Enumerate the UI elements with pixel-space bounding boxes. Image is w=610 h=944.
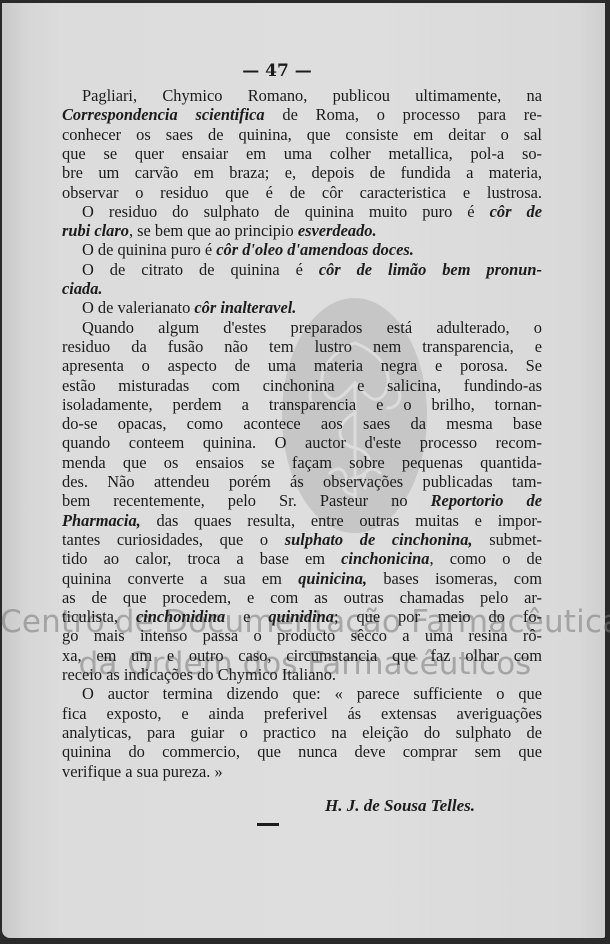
text-run: , se bem que ao principio bbox=[129, 221, 298, 240]
text-run: as de que procedem, e com as outras cham… bbox=[62, 588, 542, 607]
text-line: receio as indicações do Chymico Italiano… bbox=[62, 665, 542, 684]
text-run: quinina do commercio, que nunca deve com… bbox=[62, 742, 542, 761]
text-run: conhecer os saes de quinina, que consist… bbox=[62, 125, 542, 144]
text-line: go mais intenso passa o producto sêcco a… bbox=[62, 626, 542, 645]
italic-term: quinidina bbox=[268, 607, 334, 626]
text-run: que se quer ensaiar em uma colher metall… bbox=[62, 144, 542, 163]
text-run: residuo da fusão não tem lustro nem tran… bbox=[62, 337, 542, 356]
text-run: des. Não attendeu porém ás observações p… bbox=[62, 472, 542, 491]
text-run: verifique a sua pureza. » bbox=[62, 762, 223, 781]
italic-term: ciada. bbox=[62, 279, 103, 298]
text-line: menda que os ensaios se façam sobre pequ… bbox=[62, 453, 542, 472]
text-line: verifique a sua pureza. » bbox=[62, 762, 542, 781]
text-run: , como o de bbox=[429, 549, 542, 568]
text-line: O de citrato de quinina é côr de limão b… bbox=[62, 260, 542, 279]
text-run: analyticas, para guiar o practico na ele… bbox=[62, 723, 542, 742]
text-run: submet- bbox=[473, 530, 542, 549]
text-run: xa, em um e outro caso, circumstancia qu… bbox=[62, 646, 542, 665]
text-line: conhecer os saes de quinina, que consist… bbox=[62, 125, 542, 144]
end-rule bbox=[257, 823, 279, 826]
text-line: tantes curiosidades, que o sulphato de c… bbox=[62, 530, 542, 549]
text-run: Quando algum d'estes preparados está adu… bbox=[82, 318, 542, 337]
text-line: residuo da fusão não tem lustro nem tran… bbox=[62, 337, 542, 356]
text-line: que se quer ensaiar em uma colher metall… bbox=[62, 144, 542, 163]
text-line: Quando algum d'estes preparados está adu… bbox=[62, 318, 542, 337]
text-run: apresenta o aspecto de uma materia negra… bbox=[62, 356, 542, 375]
text-run: tantes curiosidades, que o bbox=[62, 530, 285, 549]
text-run: O de citrato de quinina é bbox=[82, 260, 319, 279]
text-run: e bbox=[225, 607, 268, 626]
text-line: bem recentemente, pelo Sr. Pasteur no Re… bbox=[62, 491, 542, 510]
text-run: bases isomeras, com bbox=[367, 569, 542, 588]
text-line: O residuo do sulphato de quinina muito p… bbox=[62, 202, 542, 221]
text-line: apresenta o aspecto de uma materia negra… bbox=[62, 356, 542, 375]
italic-term: Correspondencia scientifica bbox=[62, 105, 265, 124]
italic-term: rubi claro bbox=[62, 221, 129, 240]
text-run: menda que os ensaios se façam sobre pequ… bbox=[62, 453, 542, 472]
text-run: das quaes resulta, entre outras muitas e… bbox=[141, 511, 542, 530]
text-line: quinina do commercio, que nunca deve com… bbox=[62, 742, 542, 761]
text-run: bre um carvão em braza; e, depois de fun… bbox=[62, 163, 542, 182]
text-line: as de que procedem, e com as outras cham… bbox=[62, 588, 542, 607]
text-run: do-se opacas, como acontece aos saes da … bbox=[62, 414, 542, 433]
text-line: estão misturadas com cinchonina e salici… bbox=[62, 376, 542, 395]
text-line: Pagliari, Chymico Romano, publicou ultim… bbox=[62, 86, 542, 105]
text-line: O auctor termina dizendo que: « parece s… bbox=[62, 684, 542, 703]
text-run: O de valerianato bbox=[82, 298, 194, 317]
text-line: ticulista, cinchonidina e quinidina; que… bbox=[62, 607, 542, 626]
text-line: ciada. bbox=[62, 279, 542, 298]
text-run: quinina converte a sua em bbox=[62, 569, 298, 588]
text-run: estão misturadas com cinchonina e salici… bbox=[62, 376, 542, 395]
text-line: fica exposto, e ainda preferivel ás exte… bbox=[62, 704, 542, 723]
text-line: rubi claro, se bem que ao principio esve… bbox=[62, 221, 542, 240]
text-line: Pharmacia, das quaes resulta, entre outr… bbox=[62, 511, 542, 530]
text-run: go mais intenso passa o producto sêcco a… bbox=[62, 626, 542, 645]
text-run: observar o residuo que é de côr caracter… bbox=[62, 183, 542, 202]
text-run: tido ao calor, troca a base em bbox=[62, 549, 341, 568]
italic-term: sulphato de cinchonina, bbox=[285, 530, 473, 549]
author-signature: H. J. de Sousa Telles. bbox=[220, 796, 475, 816]
text-line: analyticas, para guiar o practico na ele… bbox=[62, 723, 542, 742]
italic-term: côr de limão bem pronun- bbox=[319, 260, 542, 279]
italic-term: cinchonicina bbox=[341, 549, 429, 568]
text-line: O de quinina puro é côr d'oleo d'amendoa… bbox=[62, 240, 542, 259]
text-run: receio as indicações do Chymico Italiano… bbox=[62, 665, 336, 684]
italic-term: côr d'oleo d'amendoas doces. bbox=[216, 240, 414, 259]
italic-term: cinchonidina bbox=[136, 607, 225, 626]
italic-term: quinicina, bbox=[298, 569, 367, 588]
text-run: de Roma, o processo para re- bbox=[265, 105, 542, 124]
text-line: xa, em um e outro caso, circumstancia qu… bbox=[62, 646, 542, 665]
text-run: isoladamente, perdem a transparencia e o… bbox=[62, 395, 542, 414]
italic-term: côr inalteravel. bbox=[194, 298, 296, 317]
italic-term: Pharmacia, bbox=[62, 511, 141, 530]
text-line: Correspondencia scientifica de Roma, o p… bbox=[62, 105, 542, 124]
text-line: quando conteem quinina. O auctor d'este … bbox=[62, 433, 542, 452]
text-line: isoladamente, perdem a transparencia e o… bbox=[62, 395, 542, 414]
text-run: bem recentemente, pelo Sr. Pasteur no bbox=[62, 491, 431, 510]
text-run: Pagliari, Chymico Romano, publicou ultim… bbox=[82, 86, 542, 105]
text-run: fica exposto, e ainda preferivel ás exte… bbox=[62, 704, 542, 723]
text-line: des. Não attendeu porém ás observações p… bbox=[62, 472, 542, 491]
text-line: O de valerianato côr inalteravel. bbox=[62, 298, 542, 317]
text-run: O auctor termina dizendo que: « parece s… bbox=[82, 684, 542, 703]
page-number: — 47 — bbox=[237, 61, 317, 81]
italic-term: côr de bbox=[490, 202, 542, 221]
text-line: quinina converte a sua em quinicina, bas… bbox=[62, 569, 542, 588]
text-line: tido ao calor, troca a base em cinchonic… bbox=[62, 549, 542, 568]
text-run: ; que por meio do fo- bbox=[334, 607, 542, 626]
text-line: observar o residuo que é de côr caracter… bbox=[62, 183, 542, 202]
text-run: O de quinina puro é bbox=[82, 240, 216, 259]
text-line: bre um carvão em braza; e, depois de fun… bbox=[62, 163, 542, 182]
italic-term: Reportorio de bbox=[431, 491, 542, 510]
text-line: do-se opacas, como acontece aos saes da … bbox=[62, 414, 542, 433]
text-run: O residuo do sulphato de quinina muito p… bbox=[82, 202, 490, 221]
text-run: ticulista, bbox=[62, 607, 136, 626]
text-run: quando conteem quinina. O auctor d'este … bbox=[62, 433, 542, 452]
italic-term: esverdeado. bbox=[298, 221, 377, 240]
